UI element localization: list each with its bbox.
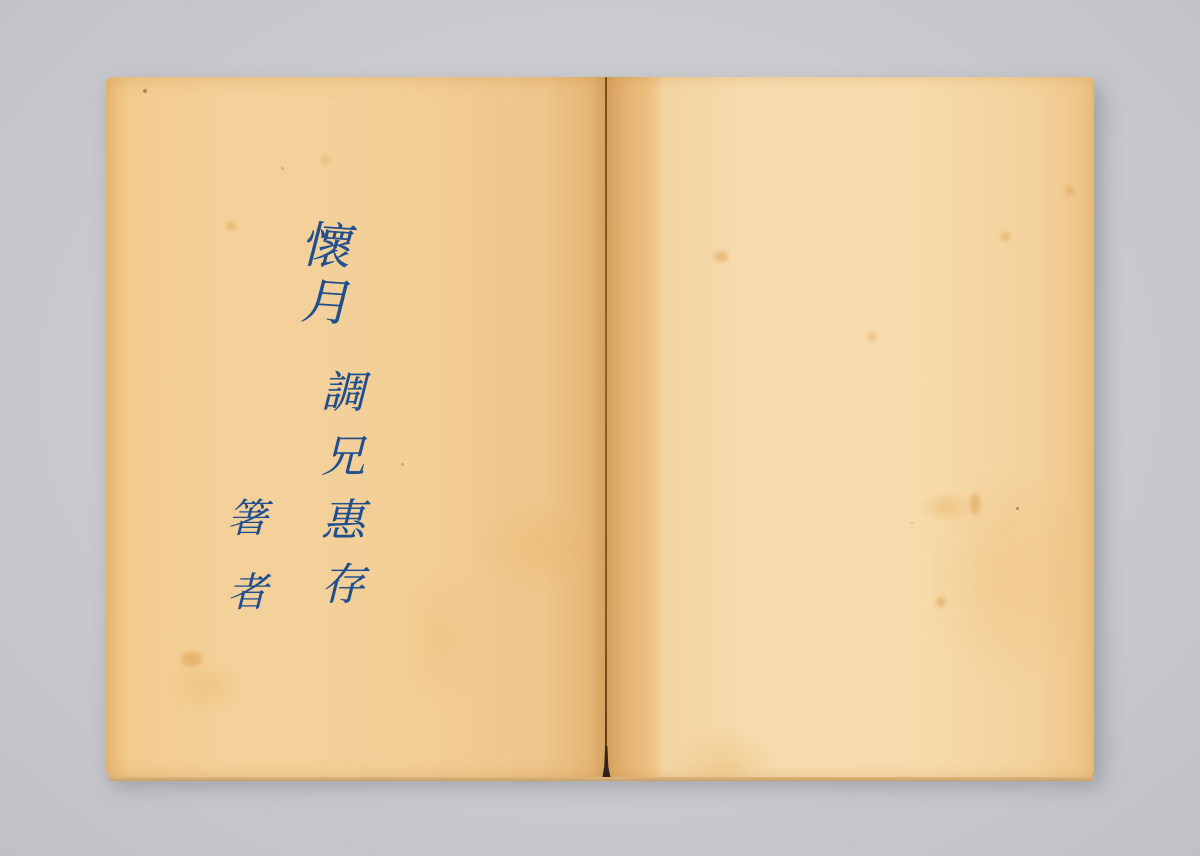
paper-speck (401, 463, 404, 466)
dedication-line-2: 調兄惠存 (316, 369, 360, 625)
paper-speck (281, 167, 284, 170)
foxing-stain (226, 222, 236, 230)
open-book: 懷月 調兄惠存 箸者 (106, 77, 1094, 778)
foxing-stain (1066, 187, 1074, 195)
paper-speck (143, 89, 147, 93)
author-signature: 箸者 (224, 497, 264, 645)
book-spine-gutter (605, 77, 607, 778)
foxing-stain (936, 597, 946, 607)
paper-speck (911, 522, 913, 524)
paper-speck (1016, 507, 1019, 510)
foxing-stain (868, 333, 876, 341)
foxing-stain (714, 252, 728, 262)
right-page (606, 77, 1094, 778)
foxing-stain (321, 157, 329, 163)
foxing-stain (970, 493, 980, 515)
foxing-stain (1001, 232, 1010, 241)
dedication-line-1: 懷月 (296, 217, 346, 332)
left-page: 懷月 調兄惠存 箸者 (106, 77, 606, 778)
foxing-stain (181, 652, 203, 666)
page-edge (108, 777, 1094, 781)
